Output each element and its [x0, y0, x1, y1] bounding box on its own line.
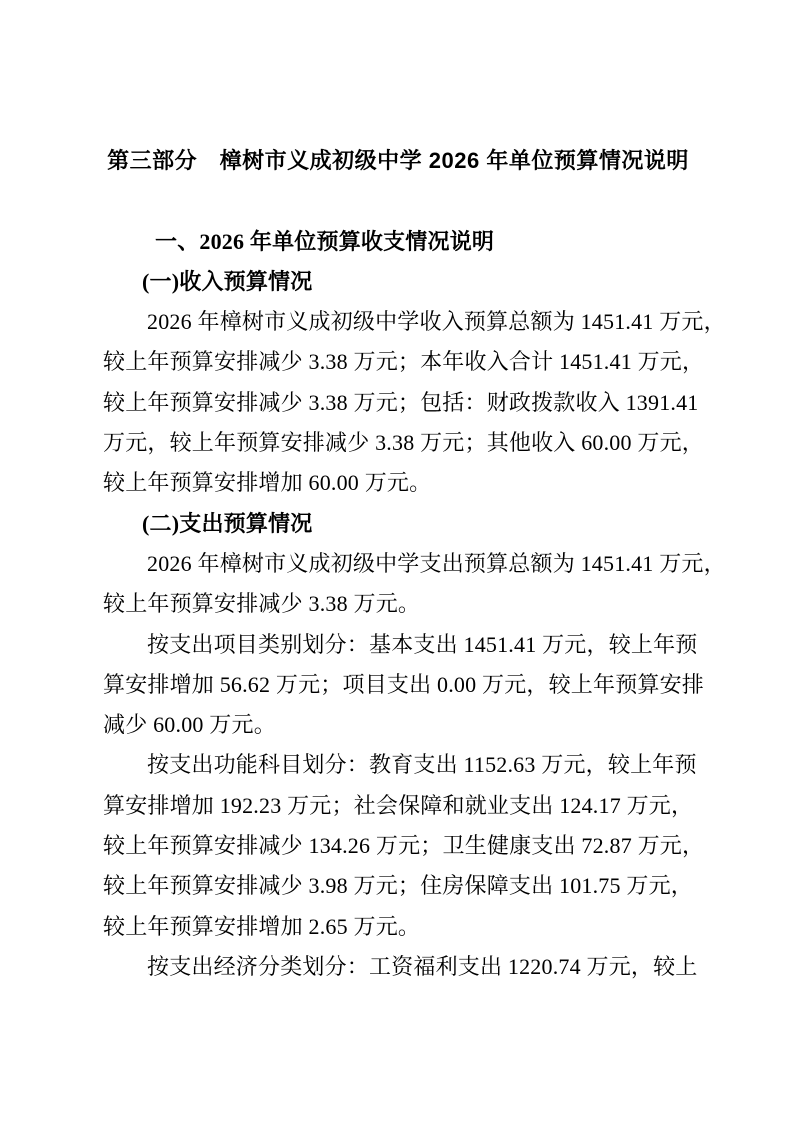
text-line: 万元，较上年预算安排减少 3.38 万元；其他收入 60.00 万元， — [103, 423, 693, 463]
document-page: 第三部分 樟树市义成初级中学 2026 年单位预算情况说明 一、2026 年单位… — [0, 0, 793, 1122]
text-line: 一、2026 年单位预算收支情况说明 — [103, 222, 693, 262]
text-line: 按支出经济分类划分：工资福利支出 1220.74 万元，较上 — [103, 947, 693, 987]
text-line: 较上年预算安排减少 3.38 万元；包括：财政拨款收入 1391.41 — [103, 383, 693, 423]
text-line: 较上年预算安排减少 134.26 万元；卫生健康支出 72.87 万元， — [103, 826, 693, 866]
text-line — [103, 181, 693, 221]
text-line: 较上年预算安排增加 2.65 万元。 — [103, 907, 693, 947]
text-line: 减少 60.00 万元。 — [103, 705, 693, 745]
text-line: 较上年预算安排减少 3.98 万元；住房保障支出 101.75 万元， — [103, 866, 693, 906]
text-line: 2026 年樟树市义成初级中学支出预算总额为 1451.41 万元， — [103, 544, 693, 584]
text-line: 较上年预算安排减少 3.38 万元；本年收入合计 1451.41 万元， — [103, 342, 693, 382]
text-line: 算安排增加 56.62 万元；项目支出 0.00 万元，较上年预算安排 — [103, 665, 693, 705]
text-line: (一)收入预算情况 — [103, 262, 693, 302]
document-body: 第三部分 樟树市义成初级中学 2026 年单位预算情况说明 一、2026 年单位… — [103, 141, 693, 987]
text-line: 2026 年樟树市义成初级中学收入预算总额为 1451.41 万元， — [103, 302, 693, 342]
text-line: 较上年预算安排增加 60.00 万元。 — [103, 463, 693, 503]
text-line: 算安排增加 192.23 万元；社会保障和就业支出 124.17 万元， — [103, 786, 693, 826]
text-line: 按支出项目类别划分：基本支出 1451.41 万元，较上年预 — [103, 625, 693, 665]
text-line: 按支出功能科目划分：教育支出 1152.63 万元，较上年预 — [103, 745, 693, 785]
document-title: 第三部分 樟树市义成初级中学 2026 年单位预算情况说明 — [103, 141, 693, 181]
text-line: 较上年预算安排减少 3.38 万元。 — [103, 584, 693, 624]
text-line: (二)支出预算情况 — [103, 504, 693, 544]
